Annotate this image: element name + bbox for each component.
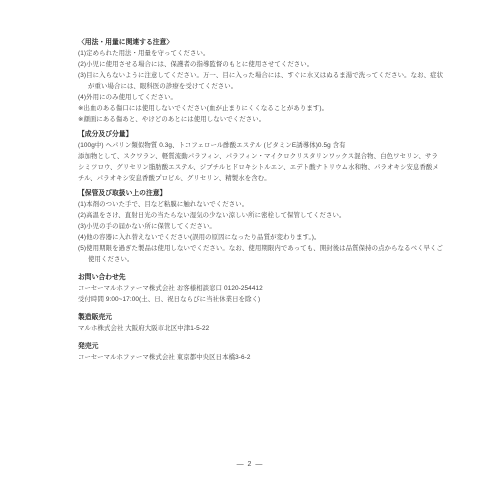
ingredients-composition: (100g中) ヘパリン類似物質 0.3g、トコフェロール酢酸エステル (ビタミ…	[78, 140, 444, 151]
distributor-heading: 発売元	[78, 341, 444, 352]
storage-item-2: (2)高温をさけ、直射日光の当たらない湿気の少ない涼しい所に密栓して保管してくだ…	[78, 210, 444, 221]
section-usage-precautions: 〈用法・用量に関連する注意〉 (1)定められた用法・用量を守ってください。 (2…	[78, 37, 444, 125]
storage-item-1: (1)本剤のついた手で、目など粘膜に触れないでください。	[78, 199, 444, 210]
usage-precautions-heading: 〈用法・用量に関連する注意〉	[78, 37, 444, 48]
storage-item-3: (3)小児の手の届かない所に保管してください。	[78, 221, 444, 232]
storage-heading: 【保管及び取扱い上の注意】	[78, 188, 444, 199]
package-insert-page: 〈用法・用量に関連する注意〉 (1)定められた用法・用量を守ってください。 (2…	[0, 0, 500, 500]
distributor-line: コーセーマルホファーマ株式会社 東京都中央区日本橋3-6-2	[78, 352, 444, 363]
storage-item-4: (4)他の容器に入れ替えないでください(誤用の原因になったり品質が変わります。)…	[78, 232, 444, 243]
section-ingredients: 【成分及び分量】 (100g中) ヘパリン類似物質 0.3g、トコフェロール酢酸…	[78, 129, 444, 184]
contact-heading: お問い合わせ先	[78, 272, 444, 283]
section-contact: お問い合わせ先 コーセーマルホファーマ株式会社 お客様相談窓口 0120-254…	[78, 272, 444, 305]
section-manufacturer: 製造販売元 マルホ株式会社 大阪府大阪市北区中津1-5-22	[78, 312, 444, 334]
usage-item-4: (4)外用にのみ使用してください。	[78, 92, 444, 103]
storage-item-5: (5)使用期限を過ぎた製品は使用しないでください。なお、使用期限内であっても、開…	[78, 243, 444, 265]
page-number: ― 2 ―	[0, 461, 500, 468]
usage-item-2: (2)小児に使用させる場合には、保護者の指導監督のもとに使用させてください。	[78, 59, 444, 70]
usage-note-face: ※顔面にある傷あと、やけどのあとには使用しないでください。	[78, 114, 444, 125]
section-storage-handling: 【保管及び取扱い上の注意】 (1)本剤のついた手で、目など粘膜に触れないでくださ…	[78, 188, 444, 265]
contact-hours-line: 受付時間 9:00~17:00(土、日、祝日ならびに当社休業日を除く)	[78, 294, 444, 305]
section-distributor: 発売元 コーセーマルホファーマ株式会社 東京都中央区日本橋3-6-2	[78, 341, 444, 363]
ingredients-additives: 添加物として、スクワラン、軽質流動パラフィン、パラフィン・マイクロクリスタリンワ…	[78, 151, 444, 184]
usage-item-1: (1)定められた用法・用量を守ってください。	[78, 48, 444, 59]
usage-item-3: (3)目に入らないように注意してください。万一、目に入った場合には、すぐに水又は…	[78, 70, 444, 92]
usage-note-bleeding: ※出血のある傷口には使用しないでください(血が止まりにくくなることがあります)。	[78, 103, 444, 114]
ingredients-heading: 【成分及び分量】	[78, 129, 444, 140]
document-content: 〈用法・用量に関連する注意〉 (1)定められた用法・用量を守ってください。 (2…	[78, 37, 444, 363]
manufacturer-line: マルホ株式会社 大阪府大阪市北区中津1-5-22	[78, 323, 444, 334]
manufacturer-heading: 製造販売元	[78, 312, 444, 323]
contact-company-line: コーセーマルホファーマ株式会社 お客様相談窓口 0120-254412	[78, 283, 444, 294]
